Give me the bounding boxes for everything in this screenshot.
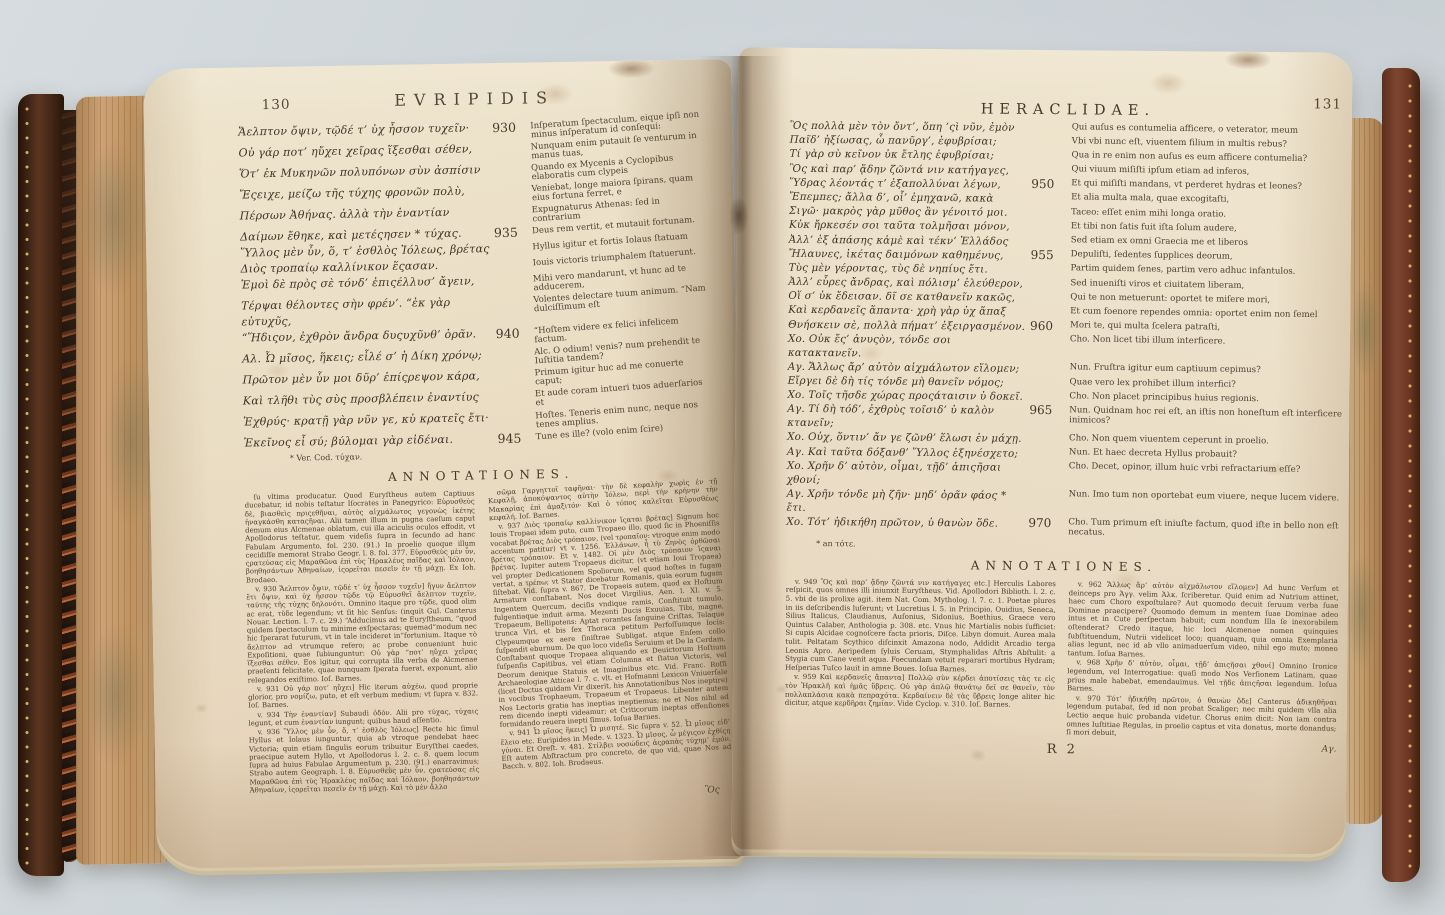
greek-verse-line: Ἐκεῖνος εἶ σύ; βύλομαι γὰρ εἰδέναι. [243,431,495,451]
left-running-title: EVRIPIDIS [238,85,712,112]
verse-line-number: 940 [494,325,534,341]
right-page-foot: R 2 Αγ. [784,739,1340,760]
greek-verse-line: Χο. Τότ’ ἠδικήθη πρῶτον, ὐ θανὼν ὅδε. [786,515,1026,531]
verse-line-number [491,204,531,205]
left-catchword: Ὃς [704,785,719,795]
latin-translation-line: Nun. Fruſtra igitur eum captiuum cepimus… [1070,364,1344,378]
latin-translation-line: Cho. Non licet tibi illum interficere. [1070,336,1344,350]
verse-line-number [493,294,533,295]
latin-translation-line: Vbi vbi nunc eſt, viuentem filium in mul… [1072,137,1346,151]
greek-verse-line: Οὐ γάρ ποτ’ ηὔχει χεῖρας ἵξεσθαι σέθεν, [238,141,490,161]
verse-line-number: 955 [1029,249,1071,263]
left-annotations-column-2: σῶμα Γαργηττοῖ ταφῆναι· τὴν δὲ κεφαλὴν χ… [487,477,732,791]
right-variant-footnote: * an τότε. [816,539,1342,553]
greek-verse-line: Ἄελπτον ὄψιν, τῷδέ τ’ ὐχ ἧσσον τυχεῖν· [238,120,490,140]
verse-line-number [491,183,531,184]
verse-line-number: 950 [1029,178,1071,192]
latin-translation-line: Nun. Et haec decreta Hyllus probauit? [1069,448,1343,462]
greek-verse-line: Χο. Χρῆν δ’ αὐτὸν, οἶμαι, τῇδ’ ἀπιςῆσαι … [787,459,1027,489]
greek-verse-line: Ἔςειχε, μείζω τῆς τύχης φρονῶν πολὺ, [239,183,491,203]
verse-line-number [491,162,531,163]
latin-translation-line: Qui viuum miſiſti ipſum etiam ad inferos… [1071,165,1345,179]
verse-line-number [493,273,533,274]
latin-translation-line: Sed inueniſti viros et ciuitatem liberam… [1070,279,1344,293]
annotation-paragraph: v. 936 Ὕλλος μὲν ὖν, ὅ, τ’ ἐσθλὸς Ἰόλεως… [249,724,480,794]
left-annotations-column-1: ſu vltima producatur. Quod Euryſtheus au… [244,489,479,795]
verse-line-number [495,409,535,410]
latin-translation-line: Nun. Imo tum non oportebat eum viuere, n… [1069,490,1343,504]
annotation-paragraph: v. 937 Διὸς τροπαίῳ καλλίνικον ἵςαται βρ… [489,511,729,729]
left-annotations: ſu vltima producatur. Quod Euryſtheus au… [244,485,723,795]
latin-translation-line: Mori te, qui multa ſcelera patraſti, [1070,321,1344,335]
greek-verse-line: Χο. Οὐκ ἔς’ ἀνυςὸν, τόνδε σοι κατακτανεῖ… [788,332,1028,362]
right-verse-block: Ὃς πολλὰ μὲν τὸν ὄντ’, ὅπη ’ςὶ νῦν, ἐμὸν… [786,119,1346,541]
verse-line-number [495,388,535,389]
latin-translation-line: Et alia multa mala, quae excogitaſti, [1071,194,1345,208]
greek-verse-line: Ὅτ’ ἐκ Μυκηνῶν πολυπόνων σὺν ἀσπίσιν [239,162,491,182]
annotation-paragraph: v. 930 Ἄελπτον ὄψιν, τῷδέ τ’ ὐχ ἧσσον τυ… [246,581,478,684]
annotation-paragraph: v. 970 Τότ’ ἠδικήθη πρῶτον, ὁ θανὼν ὅδε]… [1066,694,1337,742]
right-page-number: 131 [1313,96,1342,112]
verse-line-number: 960 [1028,319,1070,333]
annotation-paragraph: v. 949 Ὃς καὶ παρ’ ᾅδην ζῶντά νιν κατήγα… [785,578,1056,675]
greek-verse-line: Αγ. Χρῆν τόνδε μὴ ζῆν· μηδ’ ὁρᾶν φάος * … [786,487,1026,517]
latin-translation-line: Et tibi non ſatis fuit iſta ſolum audere… [1071,222,1345,236]
verse-line-number: 965 [1027,404,1069,418]
verse-row: Χο. Τότ’ ἠδικήθη πρῶτον, ὐ θανὼν ὅδε. 97… [786,515,1342,541]
latin-translation-line: Sed etiam ex omni Graecia me et liberos [1071,236,1345,250]
latin-translation-line: Quae vero lex prohibet illum interfici? [1069,378,1343,392]
gilt-tooling-dots-right [1404,78,1416,872]
verse-line-number [494,367,534,368]
left-verse-block: Ἄελπτον ὄψιν, τῷδέ τ’ ὐχ ἧσσον τυχεῖν· 9… [238,116,718,451]
latin-translation-line: Et qui miſiſti mandans, vt perderet hydr… [1071,179,1345,193]
left-page: 130 EVRIPIDIS Ἄελπτον ὄψιν, τῷδέ τ’ ὐχ ἧ… [143,59,745,869]
greek-verse-line: Πρῶτον μὲν ὖν μοι δῦρ’ ἐπίςρεψον κάρα, [242,368,494,388]
verse-line-number [492,257,532,258]
right-annotations-column-1: v. 949 Ὃς καὶ παρ’ ᾅδην ζῶντά νιν κατήγα… [785,578,1056,738]
greek-verse-line: “Ἥδιςον, ἐχθρὸν ἄνδρα δυςυχῦνθ’ ὁρᾶν. [242,326,494,346]
verse-line-number [490,141,530,142]
verse-line-number: 930 [490,119,530,135]
verse-line-number: 935 [492,225,532,241]
greek-verse-line: Πέρσων Ἀθήνας. ἀλλὰ τὴν ἐναντίαν [240,205,492,225]
annotation-paragraph: v. 962 Ἄλλως ἄρ’ αὐτὸν αἰχμάλωτον εἵλομε… [1068,580,1339,662]
right-annotations: v. 949 Ὃς καὶ παρ’ ᾅδην ζῶντά νιν κατήγα… [785,578,1342,741]
latin-translation-line: Cho. Non quem viuentem ceperunt in proel… [1069,434,1343,448]
latin-translation-line: Qua in re enim non auſus es eum afficere… [1071,151,1345,165]
greek-verse-line: Ἐχθρύς· κρατῇ γὰρ νῦν γε, κὐ κρατεῖς ἔτι… [243,410,495,430]
verse-line-number [494,346,534,347]
right-running-title: HERACLIDAE. [790,100,1346,121]
right-running-head: HERACLIDAE. 131 [790,88,1346,117]
left-page-foot: Ὃς [250,791,724,815]
greek-verse-line: Καὶ τλῆθι τὺς σὺς προσβλέπειν ἐναντίυς [243,389,495,409]
right-page: HERACLIDAE. 131 Ὃς πολλὰ μὲν τὸν ὄντ’, ὅ… [732,47,1353,854]
annotation-paragraph: v. 931 Οὐ γάρ ποτ’ ηὔχει] Hic iterum αὐχ… [248,681,478,710]
verse-line-number: 970 [1026,517,1068,531]
latin-translation-line: Cho. Non placet principibus huius region… [1069,392,1343,406]
gilt-tooling-dots-left [21,102,33,868]
latin-translation-line: Taceo: eſſet enim mihi longa oratio. [1071,208,1345,222]
annotation-paragraph: ſu vltima producatur. Quod Euryſtheus au… [244,489,476,584]
gathering-signature: R 2 [784,739,1340,759]
latin-translation-line: Partim quidem ſenes, partim vero adhuc i… [1070,265,1344,279]
latin-translation-line: Et cum foenore rependes omnia: oportet e… [1070,307,1344,321]
greek-verse-line: Αγ. Τί δὴ τόδ’, ἐχθρὺς τοῖσιδ’ ὐ καλὸν κ… [787,402,1027,432]
latin-translation-line: Cho. Decet, opinor, illum huic vrbi refr… [1069,462,1343,476]
latin-translation-line: Qui auſus es contumelia afficere, o vete… [1072,123,1346,137]
annotation-paragraph: v. 959 Καὶ κερδανεῖς ἅπαντα] Πολλῷ σὺν κ… [785,673,1055,710]
greek-verse-line: Τέρψαι θέλοντες σὴν φρέν’. “ἐκ γὰρ εὐτυχ… [241,294,494,330]
latin-translation-line: Cho. Tum primum eſt iniuſte factum, quod… [1068,518,1342,542]
right-cover-board [1382,68,1420,882]
greek-verse-line: Ἐμοὶ δὲ πρὸς σὲ τόνδ’ ἐπιςέλλυσ’ ἄγειν, [241,273,493,293]
left-page-text-block: 130 EVRIPIDIS Ἄελπτον ὄψιν, τῷδέ τ’ ὐχ ἧ… [238,85,725,815]
right-catchword: Αγ. [1322,744,1337,754]
greek-verse-line: Αλ. Ὦ μῖσος, ἥκεις; εἷλέ σ’ ἡ Δίκη χρόνῳ… [242,347,494,367]
right-page-text-block: HERACLIDAE. 131 Ὃς πολλὰ μὲν τὸν ὄντ’, ὅ… [784,88,1346,760]
right-annotations-heading: ANNOTATIONES. [786,557,1342,576]
latin-translation-line: Qui te non metuerunt: oportet te miſere … [1070,293,1344,307]
latin-translation-line: Depuliſti, ſedentes ſupplices deorum, [1071,250,1345,264]
annotation-paragraph: v. 968 Χρῆν δ’ αὐτὸν, οἶμαι, τῇδ’ ἀπιςῆσ… [1067,658,1338,697]
photo-background: 130 EVRIPIDIS Ἄελπτον ὄψιν, τῷδέ τ’ ὐχ ἧ… [0,0,1445,915]
latin-translation-line: Nun. Quidnam hoc rei eſt, an iſtis non h… [1069,406,1343,430]
right-annotations-column-2: v. 962 Ἄλλως ἄρ’ αὐτὸν αἰχμάλωτον εἵλομε… [1066,580,1339,742]
verse-line-number: 945 [495,431,535,447]
left-cover-spine [18,94,64,876]
